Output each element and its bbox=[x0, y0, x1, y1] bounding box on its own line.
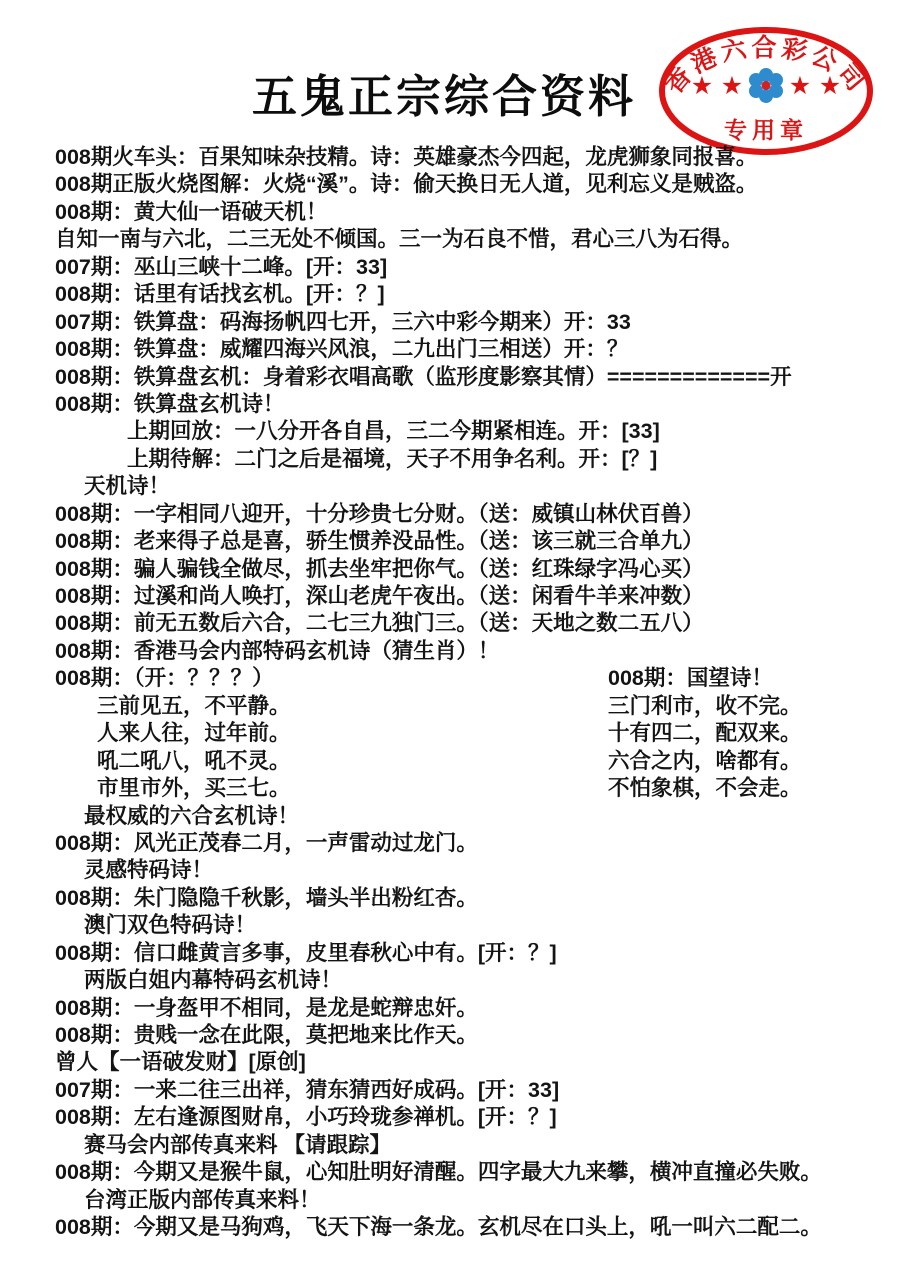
text-line: 曾人【一语破发财】[原创] bbox=[0, 1049, 900, 1076]
seal-bottom-text: 专用章 bbox=[724, 117, 808, 143]
line-text-right: 三门利市，收不完。 bbox=[608, 693, 802, 720]
line-text: 赛马会内部传真来料 【请跟踪】 bbox=[84, 1133, 391, 1157]
line-text: 最权威的六合玄机诗！ bbox=[84, 804, 299, 828]
text-line: 天机诗！ bbox=[0, 473, 900, 500]
text-line: 008期正版火烧图解：火烧“溪”。诗：偷天换日无人道，见利忘义是贼盗。 bbox=[0, 171, 900, 198]
line-text: 008期正版火烧图解：火烧“溪”。诗：偷天换日无人道，见利忘义是贼盗。 bbox=[55, 172, 757, 196]
line-text: 008期：铁算盘玄机：身着彩衣唱高歌（监形度影察其情）=============… bbox=[55, 365, 792, 389]
text-line: 008期：铁算盘玄机诗！ bbox=[0, 391, 900, 418]
line-text: 008期：贵贱一念在此限，莫把地来比作天。 bbox=[55, 1023, 478, 1047]
line-text-right: 不怕象棋，不会走。 bbox=[608, 775, 802, 802]
text-line: 吼二吼八，吼不灵。六合之内，啥都有。 bbox=[0, 748, 900, 775]
line-text: 三前见五，不平静。 bbox=[97, 694, 291, 718]
line-text: 台湾正版内部传真来料！ bbox=[84, 1188, 321, 1212]
line-text: 008期火车头：百果知味杂技精。诗：英雄豪杰今四起，龙虎狮象同报喜。 bbox=[55, 145, 757, 169]
lottery-info-sheet: 五鬼正宗综合资料 香港六合彩公司 ★ ★ ★ ★ 专用章 bbox=[0, 0, 900, 1267]
line-text: 008期：话里有话找玄机。[开：？] bbox=[55, 282, 385, 306]
line-text: 008期：风光正茂春二月，一声雷动过龙门。 bbox=[55, 831, 478, 855]
content-lines: 008期火车头：百果知味杂技精。诗：英雄豪杰今四起，龙虎狮象同报喜。008期正版… bbox=[0, 144, 900, 1242]
star-icon: ★ bbox=[819, 71, 841, 100]
line-text-right: 十有四二，配双来。 bbox=[608, 720, 802, 747]
text-line: 007期：巫山三峡十二峰。[开：33] bbox=[0, 254, 900, 281]
line-text: 008期：今期又是猴牛鼠，心知肚明好清醒。四字最大九来攀，横冲直撞必失败。 bbox=[55, 1160, 822, 1184]
line-text: 澳门双色特码诗！ bbox=[84, 913, 256, 937]
text-line: 007期：铁算盘：码海扬帆四七开，三六中彩今期来）开：33 bbox=[0, 309, 900, 336]
line-text-right: 六合之内，啥都有。 bbox=[608, 748, 802, 775]
text-line: 上期回放：一八分开各自昌，三二今期紧相连。开：[33] bbox=[0, 418, 900, 445]
text-line: 008期：铁算盘：威耀四海兴风浪，二九出门三相送）开：？ bbox=[0, 336, 900, 363]
text-line: 008期：一字相同八迎开，十分珍贵七分财。（送：威镇山林伏百兽） bbox=[0, 501, 900, 528]
text-line: 澳门双色特码诗！ bbox=[0, 912, 900, 939]
text-line: 008期：今期又是马狗鸡，飞天下海一条龙。玄机尽在口头上，吼一叫六二配二。 bbox=[0, 1214, 900, 1241]
line-text: 天机诗！ bbox=[84, 474, 170, 498]
text-line: 008期：朱门隐隐千秋影，墙头半出粉红杏。 bbox=[0, 885, 900, 912]
star-icon: ★ bbox=[691, 71, 713, 100]
line-text: 008期：今期又是马狗鸡，飞天下海一条龙。玄机尽在口头上，吼一叫六二配二。 bbox=[55, 1215, 822, 1239]
line-text: 008期：香港马会内部特码玄机诗（猜生肖）！ bbox=[55, 639, 499, 663]
text-line: 008期：（开：？？？）008期：国望诗！ bbox=[0, 665, 900, 692]
text-line: 008期：香港马会内部特码玄机诗（猜生肖）！ bbox=[0, 638, 900, 665]
text-line: 三前见五，不平静。三门利市，收不完。 bbox=[0, 693, 900, 720]
line-text: 008期：骗人骗钱全做尽，抓去坐牢把你气。（送：红珠绿字冯心买） bbox=[55, 557, 704, 581]
line-text: 008期：（开：？？？） bbox=[55, 666, 274, 690]
text-line: 008期：铁算盘玄机：身着彩衣唱高歌（监形度影察其情）=============… bbox=[0, 364, 900, 391]
line-text: 008期：过溪和尚人唤打，深山老虎午夜出。（送：闲看牛羊来冲数） bbox=[55, 584, 704, 608]
line-text: 灵感特码诗！ bbox=[84, 858, 213, 882]
line-text: 自知一南与六北，二三无处不倾国。三一为石良不惜，君心三八为石得。 bbox=[55, 227, 743, 251]
line-text: 两版白姐内幕特码玄机诗！ bbox=[84, 968, 342, 992]
text-line: 008期火车头：百果知味杂技精。诗：英雄豪杰今四起，龙虎狮象同报喜。 bbox=[0, 144, 900, 171]
line-text: 008期：信口雌黄言多事，皮里春秋心中有。[开：？] bbox=[55, 941, 557, 965]
text-line: 008期：贵贱一念在此限，莫把地来比作天。 bbox=[0, 1022, 900, 1049]
text-line: 008期：今期又是猴牛鼠，心知肚明好清醒。四字最大九来攀，横冲直撞必失败。 bbox=[0, 1159, 900, 1186]
line-text: 007期：一来二往三出祥，猜东猜西好成码。[开：33] bbox=[55, 1078, 559, 1102]
page-title: 五鬼正宗综合资料 bbox=[252, 70, 636, 124]
text-line: 007期：一来二往三出祥，猜东猜西好成码。[开：33] bbox=[0, 1077, 900, 1104]
text-line: 最权威的六合玄机诗！ bbox=[0, 803, 900, 830]
line-text: 曾人【一语破发财】[原创] bbox=[55, 1050, 306, 1074]
text-line: 008期：信口雌黄言多事，皮里春秋心中有。[开：？] bbox=[0, 940, 900, 967]
text-line: 008期：黄大仙一语破天机！ bbox=[0, 199, 900, 226]
line-text-right: 008期：国望诗！ bbox=[608, 665, 773, 692]
line-text: 007期：巫山三峡十二峰。[开：33] bbox=[55, 255, 387, 279]
star-icon: ★ bbox=[789, 71, 811, 100]
line-text: 008期：左右逢源图财帛，小巧玲珑参禅机。[开：？] bbox=[55, 1105, 557, 1129]
text-line: 008期：一身盔甲不相同，是龙是蛇辩忠奸。 bbox=[0, 995, 900, 1022]
line-text: 上期回放：一八分开各自昌，三二今期紧相连。开：[33] bbox=[127, 419, 660, 443]
line-text: 市里市外，买三七。 bbox=[97, 776, 291, 800]
line-text: 吼二吼八，吼不灵。 bbox=[97, 749, 291, 773]
text-line: 市里市外，买三七。不怕象棋，不会走。 bbox=[0, 775, 900, 802]
star-icon: ★ bbox=[721, 71, 743, 100]
text-line: 008期：话里有话找玄机。[开：？] bbox=[0, 281, 900, 308]
line-text: 上期待解：二门之后是福境，天子不用争名利。开：[？] bbox=[127, 447, 657, 471]
text-line: 008期：前无五数后六合，二七三九独门三。（送：天地之数二五八） bbox=[0, 610, 900, 637]
line-text: 008期：一身盔甲不相同，是龙是蛇辩忠奸。 bbox=[55, 996, 478, 1020]
seal-graphic: 香港六合彩公司 ★ ★ ★ ★ 专用章 bbox=[652, 24, 880, 162]
flower-icon bbox=[749, 68, 783, 103]
line-text: 008期：老来得子总是喜，骄生惯养没品性。（送：该三就三合单九） bbox=[55, 529, 704, 553]
line-text: 008期：前无五数后六合，二七三九独门三。（送：天地之数二五八） bbox=[55, 611, 704, 635]
text-line: 008期：左右逢源图财帛，小巧玲珑参禅机。[开：？] bbox=[0, 1104, 900, 1131]
text-line: 自知一南与六北，二三无处不倾国。三一为石良不惜，君心三八为石得。 bbox=[0, 226, 900, 253]
text-line: 赛马会内部传真来料 【请跟踪】 bbox=[0, 1132, 900, 1159]
line-text: 008期：朱门隐隐千秋影，墙头半出粉红杏。 bbox=[55, 886, 478, 910]
text-line: 灵感特码诗！ bbox=[0, 857, 900, 884]
line-text: 008期：铁算盘：威耀四海兴风浪，二九出门三相送）开：？ bbox=[55, 337, 628, 361]
company-seal-stamp: 香港六合彩公司 ★ ★ ★ ★ 专用章 bbox=[652, 24, 880, 162]
line-text: 008期：铁算盘玄机诗！ bbox=[55, 392, 284, 416]
text-line: 008期：过溪和尚人唤打，深山老虎午夜出。（送：闲看牛羊来冲数） bbox=[0, 583, 900, 610]
text-line: 人来人往，过年前。十有四二，配双来。 bbox=[0, 720, 900, 747]
text-line: 008期：风光正茂春二月，一声雷动过龙门。 bbox=[0, 830, 900, 857]
text-line: 两版白姐内幕特码玄机诗！ bbox=[0, 967, 900, 994]
line-text: 008期：黄大仙一语破天机！ bbox=[55, 200, 327, 224]
text-line: 上期待解：二门之后是福境，天子不用争名利。开：[？] bbox=[0, 446, 900, 473]
text-line: 008期：骗人骗钱全做尽，抓去坐牢把你气。（送：红珠绿字冯心买） bbox=[0, 556, 900, 583]
text-line: 台湾正版内部传真来料！ bbox=[0, 1187, 900, 1214]
line-text: 008期：一字相同八迎开，十分珍贵七分财。（送：威镇山林伏百兽） bbox=[55, 502, 704, 526]
line-text: 人来人往，过年前。 bbox=[97, 721, 291, 745]
text-line: 008期：老来得子总是喜，骄生惯养没品性。（送：该三就三合单九） bbox=[0, 528, 900, 555]
line-text: 007期：铁算盘：码海扬帆四七开，三六中彩今期来）开：33 bbox=[55, 310, 631, 334]
